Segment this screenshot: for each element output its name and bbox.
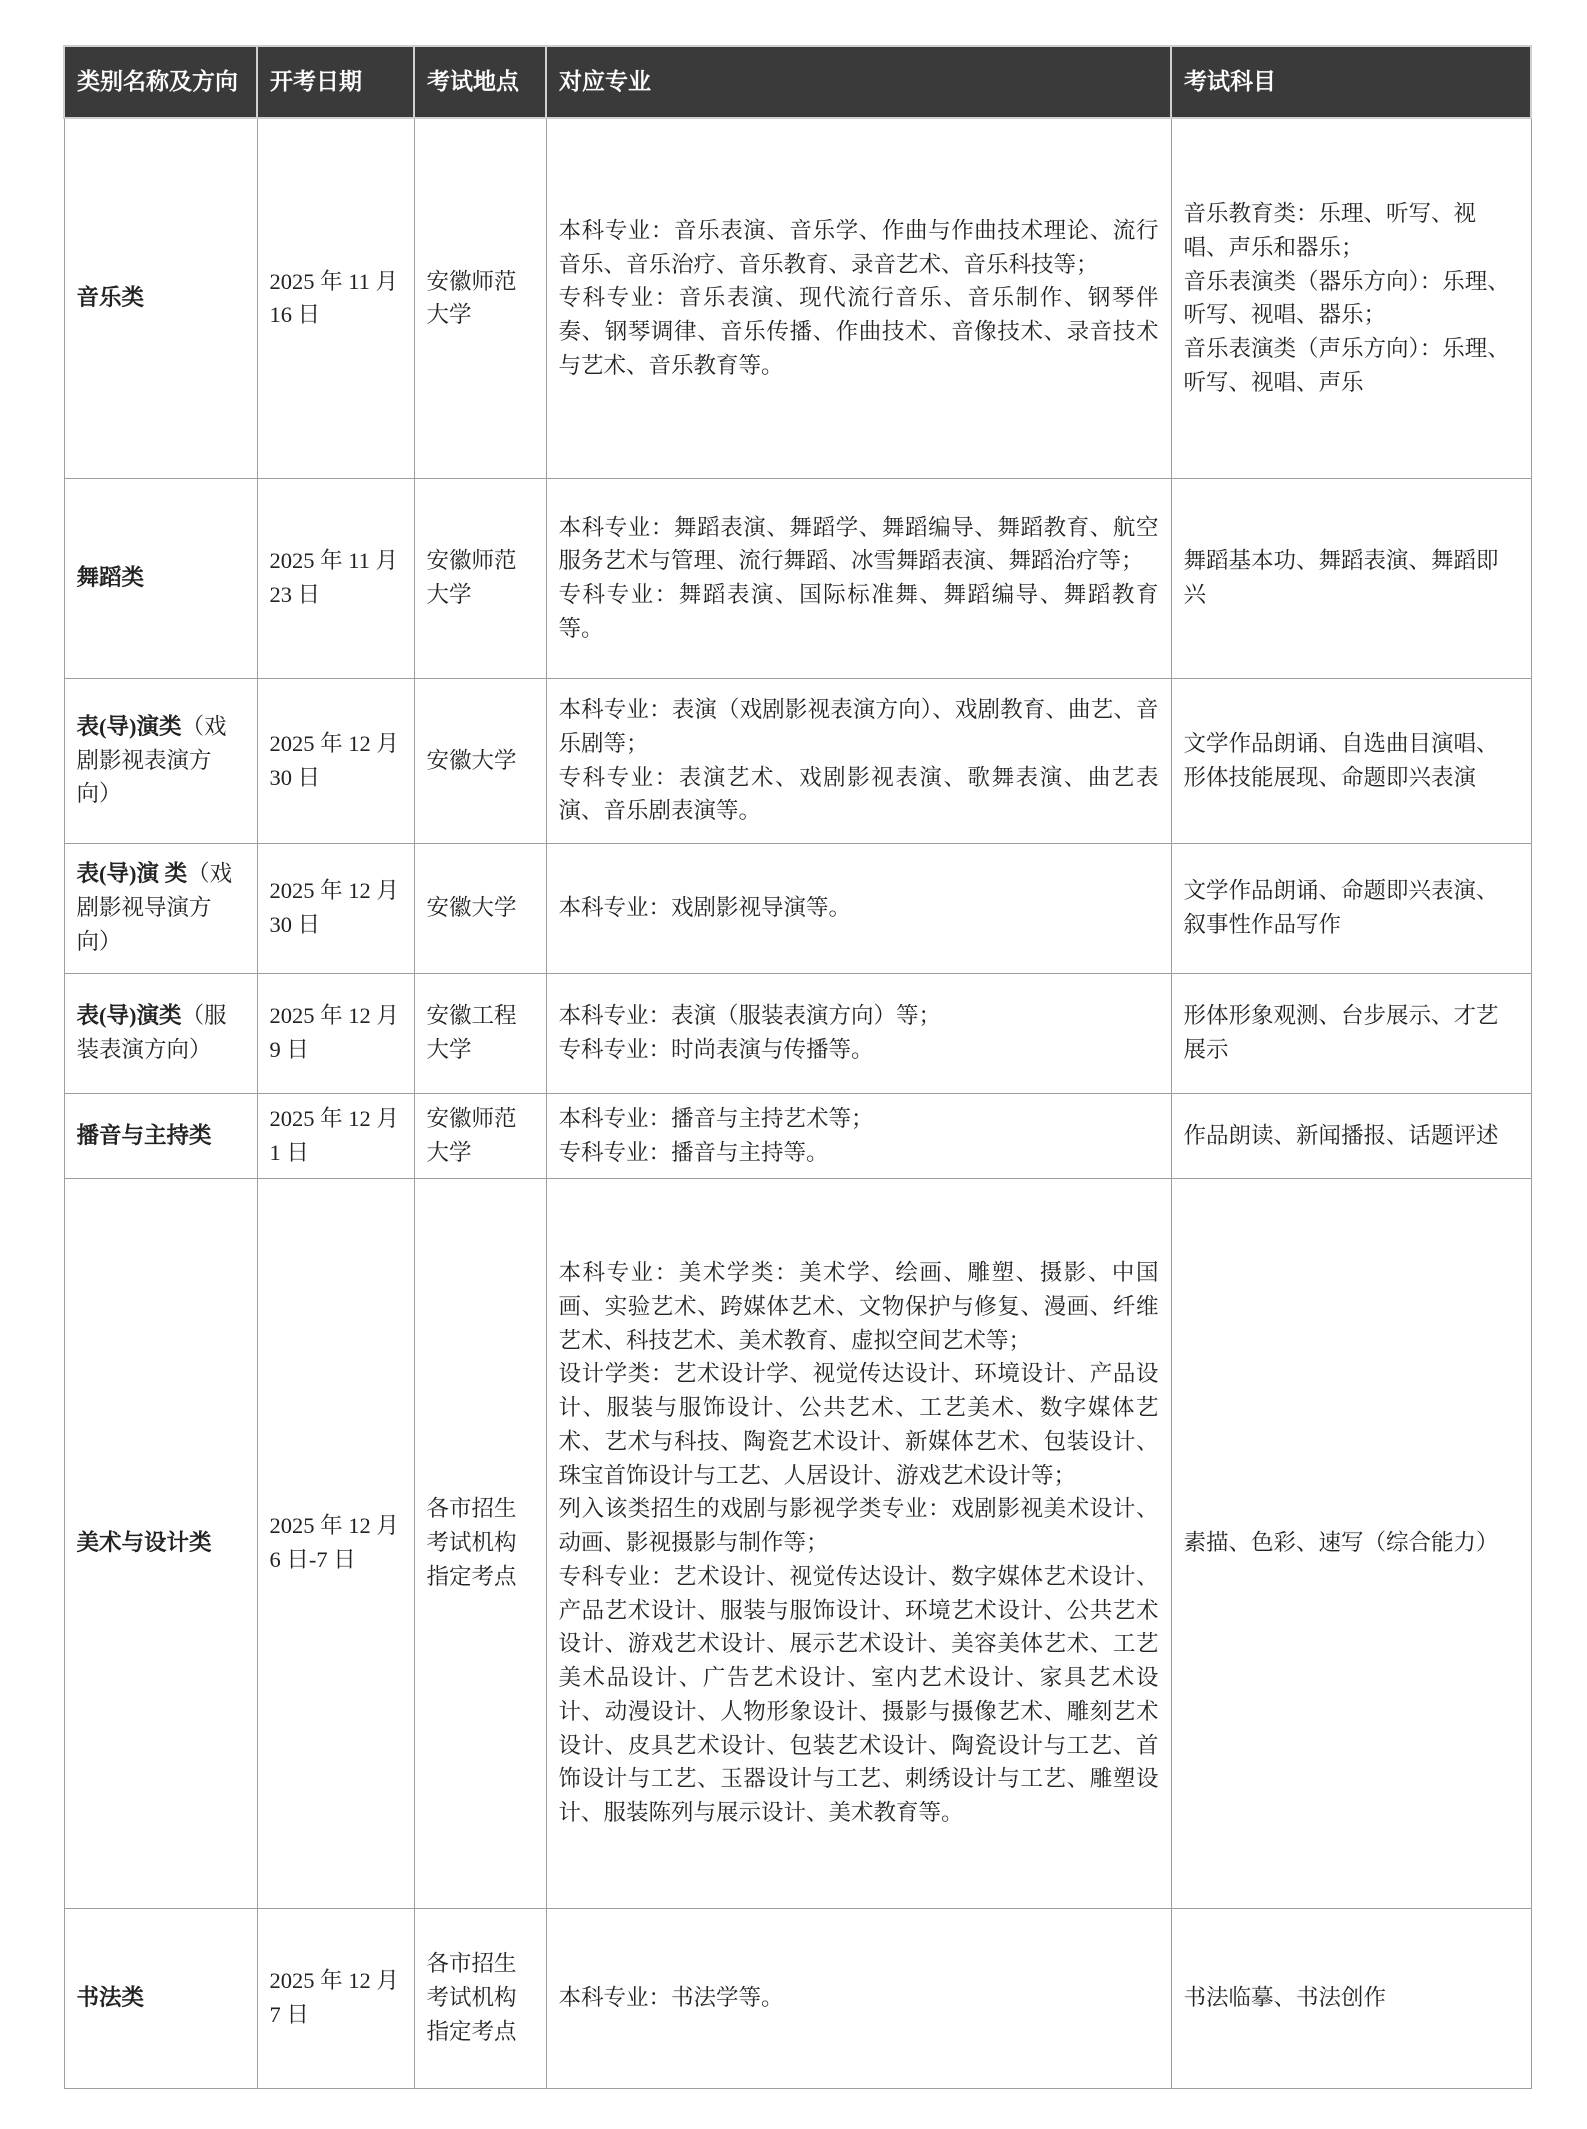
subjects-cell: 音乐教育类：乐理、听写、视唱、声乐和器乐； 音乐表演类（器乐方向）：乐理、听写、…	[1171, 118, 1531, 478]
date-cell: 2025 年 12 月 7 日	[257, 1908, 414, 2088]
header-majors: 对应专业	[546, 46, 1171, 118]
location-cell: 各市招生考试机构指定考点	[414, 1178, 546, 1908]
category-name: 书法类	[77, 1985, 145, 2010]
category-name: 舞蹈类	[77, 565, 145, 590]
subjects-cell: 文学作品朗诵、命题即兴表演、叙事性作品写作	[1171, 843, 1531, 973]
majors-cell: 本科专业：舞蹈表演、舞蹈学、舞蹈编导、舞蹈教育、航空服务艺术与管理、流行舞蹈、冰…	[546, 478, 1171, 678]
category-name: 表(导)演 类	[77, 861, 188, 886]
header-row: 类别名称及方向 开考日期 考试地点 对应专业 考试科目	[64, 46, 1531, 118]
table-row-dance: 舞蹈类 2025 年 11 月 23 日 安徽师范大学 本科专业：舞蹈表演、舞蹈…	[64, 478, 1531, 678]
subjects-cell: 素描、色彩、速写（综合能力）	[1171, 1178, 1531, 1908]
category-name: 表(导)演类	[77, 1003, 182, 1028]
category-name: 表(导)演类	[77, 714, 182, 739]
header-category: 类别名称及方向	[64, 46, 257, 118]
category-cell: 书法类	[64, 1908, 257, 2088]
category-cell: 美术与设计类	[64, 1178, 257, 1908]
location-cell: 安徽师范大学	[414, 1093, 546, 1178]
header-location: 考试地点	[414, 46, 546, 118]
majors-cell: 本科专业：音乐表演、音乐学、作曲与作曲技术理论、流行音乐、音乐治疗、音乐教育、录…	[546, 118, 1171, 478]
date-cell: 2025 年 12 月 30 日	[257, 843, 414, 973]
location-cell: 各市招生考试机构指定考点	[414, 1908, 546, 2088]
table-row-acting-performance: 表(导)演类（戏剧影视表演方向） 2025 年 12 月 30 日 安徽大学 本…	[64, 678, 1531, 843]
majors-cell: 本科专业：播音与主持艺术等； 专科专业：播音与主持等。	[546, 1093, 1171, 1178]
category-cell: 表(导)演 类（戏剧影视导演方向）	[64, 843, 257, 973]
category-cell: 表(导)演类（服装表演方向）	[64, 973, 257, 1093]
date-cell: 2025 年 12 月 6 日-7 日	[257, 1178, 414, 1908]
date-cell: 2025 年 11 月 23 日	[257, 478, 414, 678]
date-cell: 2025 年 12 月 9 日	[257, 973, 414, 1093]
location-cell: 安徽师范大学	[414, 118, 546, 478]
header-subjects: 考试科目	[1171, 46, 1531, 118]
subjects-cell: 舞蹈基本功、舞蹈表演、舞蹈即兴	[1171, 478, 1531, 678]
category-cell: 播音与主持类	[64, 1093, 257, 1178]
category-name: 播音与主持类	[77, 1123, 212, 1148]
table-row-fine-arts-design: 美术与设计类 2025 年 12 月 6 日-7 日 各市招生考试机构指定考点 …	[64, 1178, 1531, 1908]
majors-cell: 本科专业：书法学等。	[546, 1908, 1171, 2088]
category-name: 音乐类	[77, 285, 145, 310]
table-row-acting-fashion: 表(导)演类（服装表演方向） 2025 年 12 月 9 日 安徽工程大学 本科…	[64, 973, 1531, 1093]
date-cell: 2025 年 11 月 16 日	[257, 118, 414, 478]
majors-cell: 本科专业：表演（戏剧影视表演方向）、戏剧教育、曲艺、音乐剧等； 专科专业：表演艺…	[546, 678, 1171, 843]
subjects-cell: 文学作品朗诵、自选曲目演唱、形体技能展现、命题即兴表演	[1171, 678, 1531, 843]
majors-cell: 本科专业：美术学类：美术学、绘画、雕塑、摄影、中国画、实验艺术、跨媒体艺术、文物…	[546, 1178, 1171, 1908]
subjects-cell: 作品朗读、新闻播报、话题评述	[1171, 1093, 1531, 1178]
subjects-cell: 形体形象观测、台步展示、才艺展示	[1171, 973, 1531, 1093]
table-row-calligraphy: 书法类 2025 年 12 月 7 日 各市招生考试机构指定考点 本科专业：书法…	[64, 1908, 1531, 2088]
date-cell: 2025 年 12 月 1 日	[257, 1093, 414, 1178]
category-cell: 音乐类	[64, 118, 257, 478]
location-cell: 安徽大学	[414, 843, 546, 973]
table-row-acting-directing: 表(导)演 类（戏剧影视导演方向） 2025 年 12 月 30 日 安徽大学 …	[64, 843, 1531, 973]
category-cell: 表(导)演类（戏剧影视表演方向）	[64, 678, 257, 843]
category-name: 美术与设计类	[77, 1530, 212, 1555]
table-row-music: 音乐类 2025 年 11 月 16 日 安徽师范大学 本科专业：音乐表演、音乐…	[64, 118, 1531, 478]
location-cell: 安徽工程大学	[414, 973, 546, 1093]
header-date: 开考日期	[257, 46, 414, 118]
location-cell: 安徽师范大学	[414, 478, 546, 678]
date-cell: 2025 年 12 月 30 日	[257, 678, 414, 843]
category-cell: 舞蹈类	[64, 478, 257, 678]
majors-cell: 本科专业：表演（服装表演方向）等； 专科专业：时尚表演与传播等。	[546, 973, 1171, 1093]
table-row-broadcasting: 播音与主持类 2025 年 12 月 1 日 安徽师范大学 本科专业：播音与主持…	[64, 1093, 1531, 1178]
location-cell: 安徽大学	[414, 678, 546, 843]
majors-cell: 本科专业：戏剧影视导演等。	[546, 843, 1171, 973]
document-page: 类别名称及方向 开考日期 考试地点 对应专业 考试科目 音乐类 2025 年 1…	[0, 0, 1587, 2129]
exam-schedule-table: 类别名称及方向 开考日期 考试地点 对应专业 考试科目 音乐类 2025 年 1…	[63, 45, 1532, 2089]
subjects-cell: 书法临摹、书法创作	[1171, 1908, 1531, 2088]
